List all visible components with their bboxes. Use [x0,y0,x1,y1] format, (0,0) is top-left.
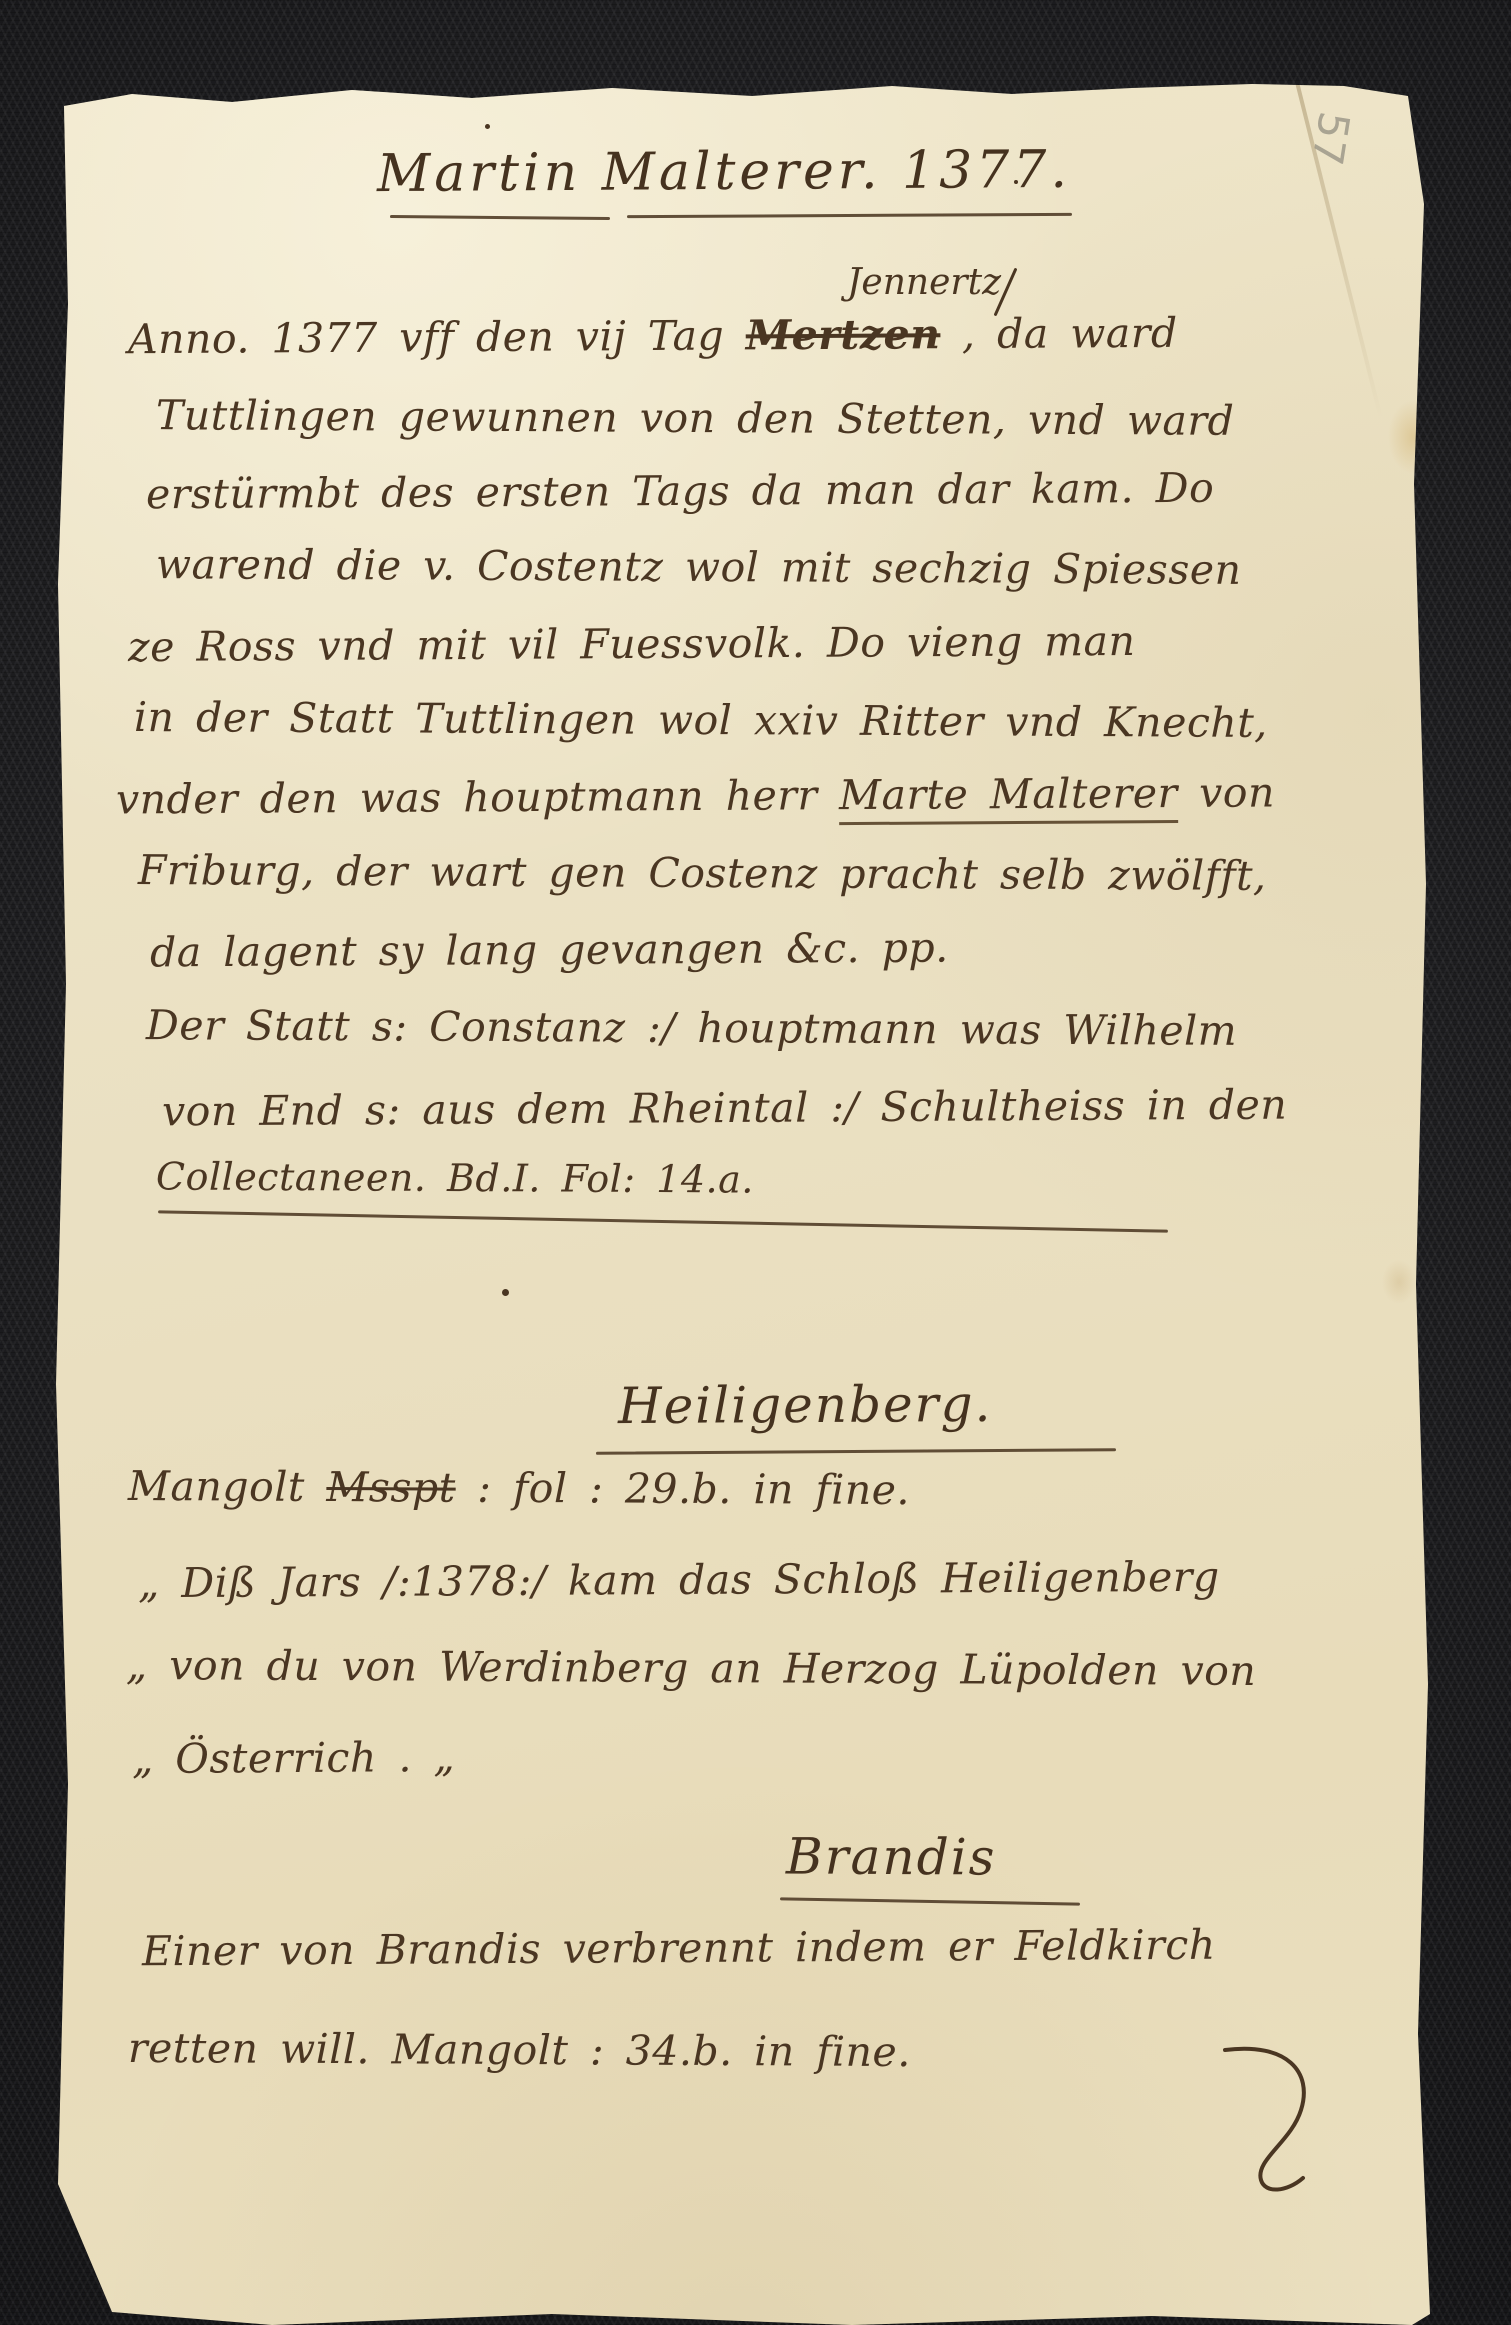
citation-underline [158,1210,1168,1232]
text-line: warend die v. Costentz wol mit sechzig S… [156,540,1242,594]
inserted-word: Jennertz [847,262,1001,303]
text-line: retten will. Mangolt : 34.b. in fine. [128,2024,911,2076]
text-line: Anno. 1377 vff den vij Tag Mertzen , da … [128,309,1178,363]
page-number-pencil: 57 [1302,108,1359,168]
page-title: Martin Malterer. 1377. [377,140,1071,204]
text-line: Tuttlingen gewunnen von den Stetten, vnd… [156,391,1235,445]
paper-stain [1388,400,1438,474]
text-line: Der Statt s: Constanz :/ houptmann was W… [146,1001,1237,1055]
text-line: „ Diß Jars /:1378:/ kam das Schloß Heili… [138,1553,1220,1608]
title-underline [390,215,610,220]
line-text: von [1177,768,1275,817]
ink-dot [502,1289,509,1296]
section-heading-heiligenberg: Heiligenberg. [618,1375,993,1435]
crossed-abbreviation: Msspt [326,1463,456,1512]
line-text: Anno. 1377 vff den vij Tag [128,311,746,363]
text-line: vnder den was houptmann herr Marte Malte… [116,768,1275,823]
text-line: „ von du von Werdinberg an Herzog Lüpold… [126,1641,1257,1695]
text-line: Einer von Brandis verbrennt indem er Fel… [142,1921,1216,1976]
line-text: vnder den was houptmann herr [116,771,839,823]
line-text: : fol : 29.b. in fine. [456,1464,911,1514]
text-line: von End s: aus dem Rheintal :/ Schulthei… [162,1081,1288,1136]
heading-underline [596,1448,1116,1455]
title-underline [627,213,1072,218]
text-line: ze Ross vnd mit vil Fuessvolk. Do vieng … [128,617,1136,671]
heading-underline [780,1897,1080,1905]
underlined-name: Marte Malterer [839,769,1178,825]
struck-word: Mertzen [746,310,941,359]
section-heading-brandis: Brandis [786,1827,997,1886]
text-line: da lagent sy lang gevangen &c. pp. [150,924,949,977]
fabric-background: 57 Martin Malterer. 1377. Jennertz Anno.… [0,0,1511,2325]
pen-flourish [1217,2032,1337,2202]
ink-speck [485,124,490,129]
text-line: Friburg, der wart gen Costenz pracht sel… [138,846,1267,900]
text-line: in der Statt Tuttlingen wol xxiv Ritter … [134,693,1268,747]
text-line: Mangolt Msspt : fol : 29.b. in fine. [128,1462,910,1514]
line-text: , da ward [940,309,1177,358]
line-text: Mangolt [128,1462,327,1511]
text-line: erstürmbt des ersten Tags da man dar kam… [146,464,1214,519]
text-line: Collectaneen. Bd.I. Fol: 14.a. [156,1154,754,1201]
text-line: „ Österrich . „ [132,1733,455,1783]
paper-stain [1382,1260,1416,1304]
manuscript-page: 57 Martin Malterer. 1377. Jennertz Anno.… [52,84,1432,2325]
